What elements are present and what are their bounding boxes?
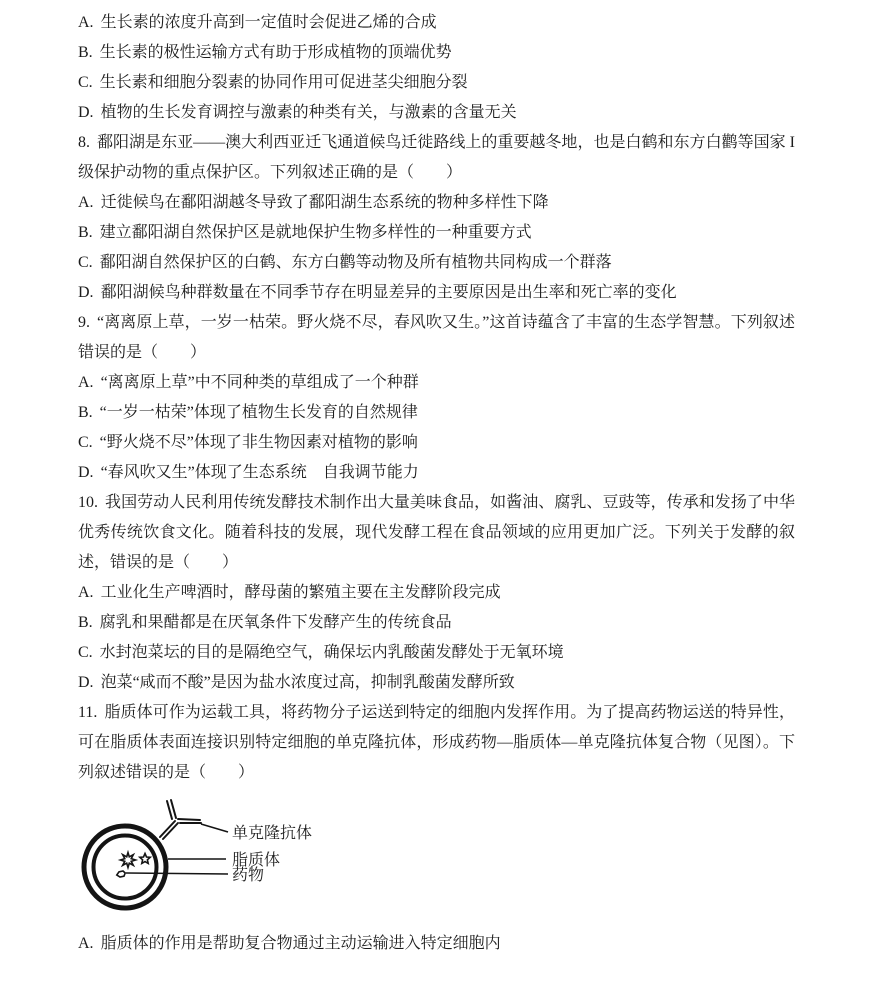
liposome-diagram: 单克隆抗体 脂质体 药物 bbox=[78, 794, 795, 929]
option-letter: C. bbox=[78, 74, 93, 91]
question-stem-text: 脂质体可作为运载工具，将药物分子运送到特定的细胞内发挥作用。为了提高药物运送的特… bbox=[78, 704, 795, 781]
option-text: “一岁一枯荣”体现了植物生长发育的自然规律 bbox=[100, 404, 418, 421]
option-text: 脂质体的作用是帮助复合物通过主动运输进入特定细胞内 bbox=[101, 935, 501, 952]
question-11: 11.脂质体可作为运载工具，将药物分子运送到特定的细胞内发挥作用。为了提高药物运… bbox=[78, 698, 795, 959]
option-row: D.植物的生长发育调控与激素的种类有关，与激素的含量无关 bbox=[78, 98, 795, 128]
option-row: B.腐乳和果醋都是在厌氧条件下发酵产生的传统食品 bbox=[78, 608, 795, 638]
question-stem-text: 我国劳动人民利用传统发酵技术制作出大量美味食品，如酱油、腐乳、豆豉等，传承和发扬… bbox=[78, 494, 795, 571]
diagram-label-drug: 药物 bbox=[232, 866, 264, 884]
option-row: A.脂质体的作用是帮助复合物通过主动运输进入特定细胞内 bbox=[78, 929, 795, 959]
option-row: C.“野火烧不尽”体现了非生物因素对植物的影响 bbox=[78, 428, 795, 458]
option-text: “春风吹又生”体现了生态系统 自我调节能力 bbox=[101, 464, 419, 481]
option-text: 生长素和细胞分裂素的协同作用可促进茎尖细胞分裂 bbox=[100, 74, 468, 91]
question-8: 8.鄱阳湖是东亚——澳大利西亚迁飞通道候鸟迁徙路线上的重要越冬地，也是白鹤和东方… bbox=[78, 128, 795, 308]
option-text: 迁徙候鸟在鄱阳湖越冬导致了鄱阳湖生态系统的物种多样性下降 bbox=[101, 194, 549, 211]
option-row: C.生长素和细胞分裂素的协同作用可促进茎尖细胞分裂 bbox=[78, 68, 795, 98]
option-row: C.水封泡菜坛的目的是隔绝空气，确保坛内乳酸菌发酵处于无氧环境 bbox=[78, 638, 795, 668]
option-text: 工业化生产啤酒时，酵母菌的繁殖主要在主发酵阶段完成 bbox=[101, 584, 501, 601]
option-row: A.“离离原上草”中不同种类的草组成了一个种群 bbox=[78, 368, 795, 398]
option-letter: A. bbox=[78, 584, 94, 601]
option-row: B.建立鄱阳湖自然保护区是就地保护生物多样性的一种重要方式 bbox=[78, 218, 795, 248]
option-letter: A. bbox=[78, 14, 94, 31]
option-text: 水封泡菜坛的目的是隔绝空气，确保坛内乳酸菌发酵处于无氧环境 bbox=[100, 644, 564, 661]
question-number: 11. bbox=[78, 704, 97, 721]
liposome-diagram-svg: 单克隆抗体 脂质体 药物 bbox=[78, 794, 508, 929]
option-letter: C. bbox=[78, 644, 93, 661]
option-text: 鄱阳湖自然保护区的白鹤、东方白鹳等动物及所有植物共同构成一个群落 bbox=[100, 254, 612, 271]
diagram-label-antibody: 单克隆抗体 bbox=[232, 824, 312, 842]
question-10: 10.我国劳动人民利用传统发酵技术制作出大量美味食品，如酱油、腐乳、豆豉等，传承… bbox=[78, 488, 795, 698]
question-number: 9. bbox=[78, 314, 90, 331]
option-letter: B. bbox=[78, 44, 93, 61]
option-letter: C. bbox=[78, 434, 93, 451]
option-row: B.生长素的极性运输方式有助于形成植物的顶端优势 bbox=[78, 38, 795, 68]
option-letter: B. bbox=[78, 614, 93, 631]
question-stem: 9.“离离原上草，一岁一枯荣。野火烧不尽，春风吹又生。”这首诗蕴含了丰富的生态学… bbox=[78, 308, 795, 368]
question-stem-text: “离离原上草，一岁一枯荣。野火烧不尽，春风吹又生。”这首诗蕴含了丰富的生态学智慧… bbox=[78, 314, 795, 361]
option-letter: A. bbox=[78, 194, 94, 211]
option-letter: D. bbox=[78, 674, 94, 691]
option-letter: D. bbox=[78, 464, 94, 481]
option-row: B.“一岁一枯荣”体现了植物生长发育的自然规律 bbox=[78, 398, 795, 428]
option-letter: B. bbox=[78, 404, 93, 421]
option-text: 生长素的浓度升高到一定值时会促进乙烯的合成 bbox=[101, 14, 437, 31]
option-row: D.泡菜“咸而不酸”是因为盐水浓度过高，抑制乳酸菌发酵所致 bbox=[78, 668, 795, 698]
option-row: D.“春风吹又生”体现了生态系统 自我调节能力 bbox=[78, 458, 795, 488]
option-text: 植物的生长发育调控与激素的种类有关，与激素的含量无关 bbox=[101, 104, 517, 121]
option-text: 腐乳和果醋都是在厌氧条件下发酵产生的传统食品 bbox=[100, 614, 452, 631]
option-row: A.迁徙候鸟在鄱阳湖越冬导致了鄱阳湖生态系统的物种多样性下降 bbox=[78, 188, 795, 218]
option-letter: B. bbox=[78, 224, 93, 241]
option-text: 鄱阳湖候鸟种群数量在不同季节存在明显差异的主要原因是出生率和死亡率的变化 bbox=[101, 284, 677, 301]
question-stem: 11.脂质体可作为运载工具，将药物分子运送到特定的细胞内发挥作用。为了提高药物运… bbox=[78, 698, 795, 788]
question-stem: 8.鄱阳湖是东亚——澳大利西亚迁飞通道候鸟迁徙路线上的重要越冬地，也是白鹤和东方… bbox=[78, 128, 795, 188]
exam-page: A.生长素的浓度升高到一定值时会促进乙烯的合成 B.生长素的极性运输方式有助于形… bbox=[0, 0, 872, 996]
option-letter: A. bbox=[78, 935, 94, 952]
option-row: C.鄱阳湖自然保护区的白鹤、东方白鹳等动物及所有植物共同构成一个群落 bbox=[78, 248, 795, 278]
option-row: A.生长素的浓度升高到一定值时会促进乙烯的合成 bbox=[78, 8, 795, 38]
option-letter: D. bbox=[78, 104, 94, 121]
option-text: 泡菜“咸而不酸”是因为盐水浓度过高，抑制乳酸菌发酵所致 bbox=[101, 674, 515, 691]
option-row: A.工业化生产啤酒时，酵母菌的繁殖主要在主发酵阶段完成 bbox=[78, 578, 795, 608]
exam-content: A.生长素的浓度升高到一定值时会促进乙烯的合成 B.生长素的极性运输方式有助于形… bbox=[0, 0, 872, 959]
liposome-membrane-icon bbox=[84, 826, 166, 908]
question-number: 8. bbox=[78, 134, 90, 151]
option-row: D.鄱阳湖候鸟种群数量在不同季节存在明显差异的主要原因是出生率和死亡率的变化 bbox=[78, 278, 795, 308]
option-text: “离离原上草”中不同种类的草组成了一个种群 bbox=[101, 374, 419, 391]
monoclonal-antibody-icon bbox=[160, 800, 201, 839]
option-letter: A. bbox=[78, 374, 94, 391]
question-stem-text: 鄱阳湖是东亚——澳大利西亚迁飞通道候鸟迁徙路线上的重要越冬地，也是白鹤和东方白鹳… bbox=[78, 134, 795, 181]
option-text: 生长素的极性运输方式有助于形成植物的顶端优势 bbox=[100, 44, 452, 61]
option-letter: D. bbox=[78, 284, 94, 301]
option-letter: C. bbox=[78, 254, 93, 271]
question-9: 9.“离离原上草，一岁一枯荣。野火烧不尽，春风吹又生。”这首诗蕴含了丰富的生态学… bbox=[78, 308, 795, 488]
option-text: 建立鄱阳湖自然保护区是就地保护生物多样性的一种重要方式 bbox=[100, 224, 532, 241]
question-number: 10. bbox=[78, 494, 98, 511]
option-text: “野火烧不尽”体现了非生物因素对植物的影响 bbox=[100, 434, 418, 451]
question-7-options: A.生长素的浓度升高到一定值时会促进乙烯的合成 B.生长素的极性运输方式有助于形… bbox=[78, 8, 795, 128]
question-stem: 10.我国劳动人民利用传统发酵技术制作出大量美味食品，如酱油、腐乳、豆豉等，传承… bbox=[78, 488, 795, 578]
